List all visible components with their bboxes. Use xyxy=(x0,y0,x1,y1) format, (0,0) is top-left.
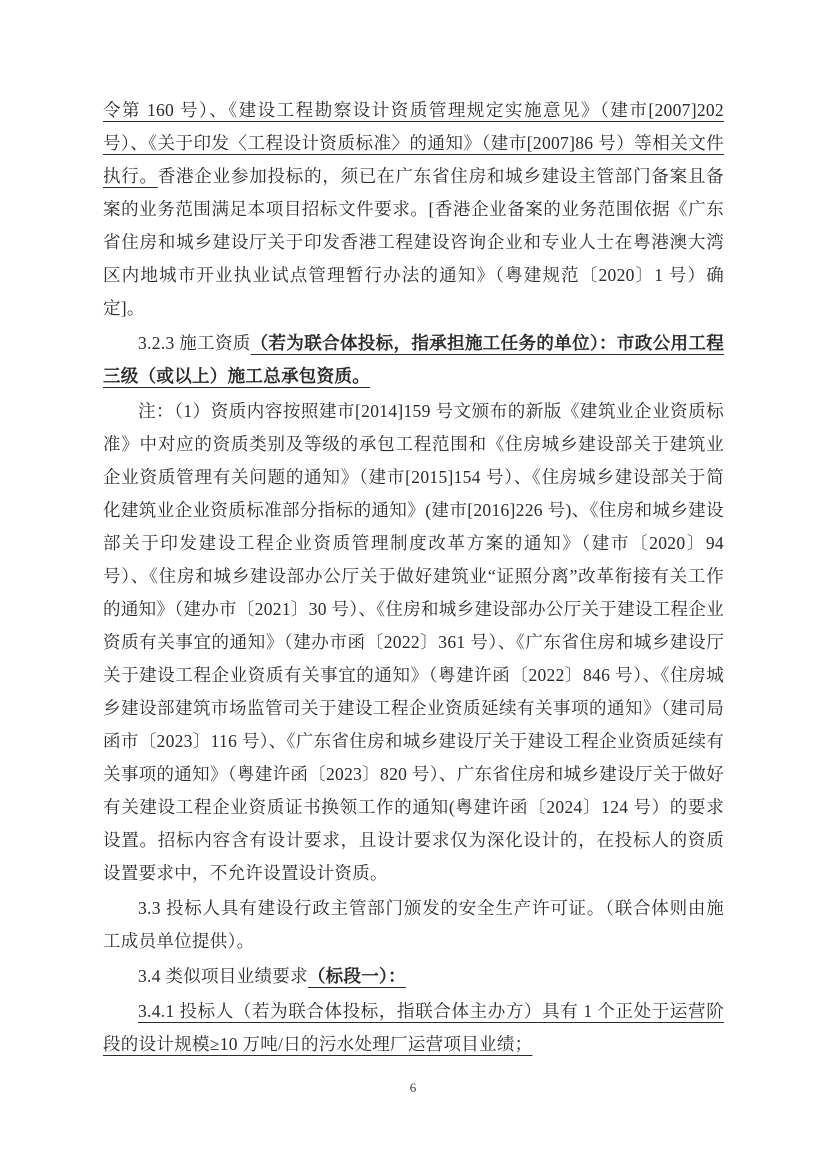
para-note-qualification-documents: 注：（1）资质内容按照建市[2014]159 号文颁布的新版《建筑业企业资质标准… xyxy=(103,395,724,890)
document-body: 令第 160 号）、《建设工程勘察设计资质管理规定实施意见》（建市[2007]2… xyxy=(103,94,724,1061)
text-segment: 注：（1）资质内容按照建市[2014]159 号文颁布的新版《建筑业企业资质标准… xyxy=(103,401,724,883)
text-segment: 3.4.1 投标人（若为联合体投标，指联合体主办方）具有 1 个正处于运营阶段的… xyxy=(103,1001,724,1054)
page-number: 6 xyxy=(0,1080,826,1096)
text-segment: 香港企业参加投标的，须已在广东省住房和城乡建设主管部门备案且备案的业务范围满足本… xyxy=(103,166,724,318)
para-3-3-safety-production-license: 3.3 投标人具有建设行政主管部门颁发的安全生产许可证。（联合体则由施工成员单位… xyxy=(103,892,724,958)
text-segment: （标段一）： xyxy=(308,966,406,986)
text-segment: 3.2.3 施工资质 xyxy=(138,333,251,353)
text-segment: 3.3 投标人具有建设行政主管部门颁发的安全生产许可证。（联合体则由施工成员单位… xyxy=(103,898,724,951)
para-3-4-1-operation-performance: 3.4.1 投标人（若为联合体投标，指联合体主办方）具有 1 个正处于运营阶段的… xyxy=(103,995,724,1061)
para-3-4-similar-project-requirement: 3.4 类似项目业绩要求（标段一）： xyxy=(103,960,724,993)
text-segment: （若为联合体投标，指承担施工任务的单位）： xyxy=(251,333,617,353)
text-segment: 3.4 类似项目业绩要求 xyxy=(138,966,308,986)
para-continuation-qualification-basis: 令第 160 号）、《建设工程勘察设计资质管理规定实施意见》（建市[2007]2… xyxy=(103,94,724,325)
para-3-2-3-construction-qualification: 3.2.3 施工资质（若为联合体投标，指承担施工任务的单位）：市政公用工程三级（… xyxy=(103,327,724,393)
document-page: 令第 160 号）、《建设工程勘察设计资质管理规定实施意见》（建市[2007]2… xyxy=(0,0,826,1169)
